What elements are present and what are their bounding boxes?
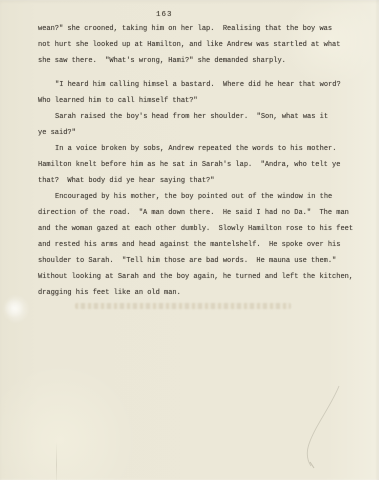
typewritten-line: Without looking at Sarah and the boy aga…: [38, 269, 368, 285]
typewritten-line: direction of the road. "A man down there…: [38, 205, 368, 221]
erased-text-smudge: [75, 303, 291, 309]
typewritten-line: and rested his arms and head against the…: [38, 237, 368, 253]
typewritten-line: and the woman gazed at each other dumbly…: [38, 221, 368, 237]
typewritten-line: Encouraged by his mother, the boy pointe…: [38, 189, 368, 205]
paragraph: "I heard him calling himsel a bastard. W…: [38, 77, 368, 109]
paragraph: Encouraged by his mother, the boy pointe…: [38, 189, 368, 301]
typewritten-line: "I heard him calling himsel a bastard. W…: [38, 77, 368, 93]
typewritten-line: not hurt she looked up at Hamilton, and …: [38, 37, 368, 53]
typewritten-line: Hamilton knelt before him as he sat in S…: [38, 157, 368, 173]
page-number: 163: [156, 11, 173, 19]
paragraph: Sarah raised the boy's head from her sho…: [38, 109, 368, 141]
paragraph: wean?" she crooned, taking him on her la…: [38, 21, 368, 69]
typewritten-line: shoulder to Sarah. "Tell him those are b…: [38, 253, 368, 269]
paper-smudge: [2, 294, 30, 324]
typewritten-page: 163 wean?" she crooned, taking him on he…: [0, 0, 379, 480]
typewritten-line: In a voice broken by sobs, Andrew repeat…: [38, 141, 368, 157]
typewritten-line: Who learned him to call himself that?": [38, 93, 368, 109]
pencil-mark: [281, 382, 351, 472]
typewritten-line: she saw there. "What's wrong, Hami?" she…: [38, 53, 368, 69]
paper-crease: [56, 442, 57, 480]
typewritten-line: ye said?": [38, 125, 368, 141]
typewritten-line: Sarah raised the boy's head from her sho…: [38, 109, 368, 125]
paragraph: In a voice broken by sobs, Andrew repeat…: [38, 141, 368, 189]
typewritten-line: wean?" she crooned, taking him on her la…: [38, 21, 368, 37]
typescript-body: wean?" she crooned, taking him on her la…: [38, 21, 368, 301]
typewritten-line: that? What body did ye hear saying that?…: [38, 173, 368, 189]
typewritten-line: dragging his feet like an old man.: [38, 285, 368, 301]
